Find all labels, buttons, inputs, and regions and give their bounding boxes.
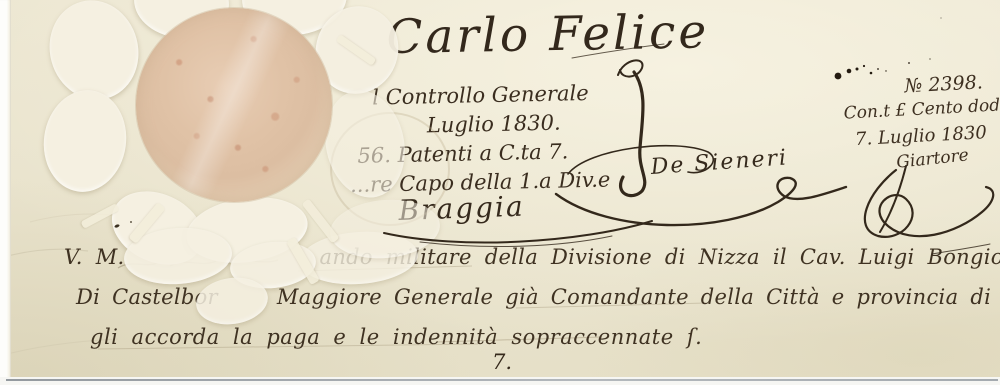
body-line-1-start: V. M. (64, 245, 125, 269)
scan-border-left (0, 0, 11, 385)
scanned-document: Carlo Felice l Controllo Generale Luglio… (0, 0, 1000, 385)
body-line-3: gli accorda la paga e le indennità sopra… (90, 326, 702, 349)
body-line-2-rest: Maggiore Generale già Comandante della C… (277, 285, 1000, 309)
docket-amount: Con.t £ Cento dodici. 6 (843, 94, 1000, 123)
scan-edge-line (6, 379, 998, 381)
seal-wax-center (136, 8, 332, 202)
docket-block: № 2398. Con.t £ Cento dodici. 6 7. Lugli… (836, 69, 1000, 172)
registry-line-1: l Controllo Generale (372, 79, 609, 113)
seal-petal (37, 85, 132, 197)
document-title: Carlo Felice (386, 6, 710, 63)
docket-number: № 2398. (904, 69, 1000, 97)
registry-line-2: Luglio 1830. (427, 108, 610, 141)
page-number: 7. (492, 351, 512, 374)
countersignature: De Sieneri (650, 146, 789, 180)
body-line-1-rest: ando militare della Divisione di Nizza i… (320, 245, 1000, 269)
